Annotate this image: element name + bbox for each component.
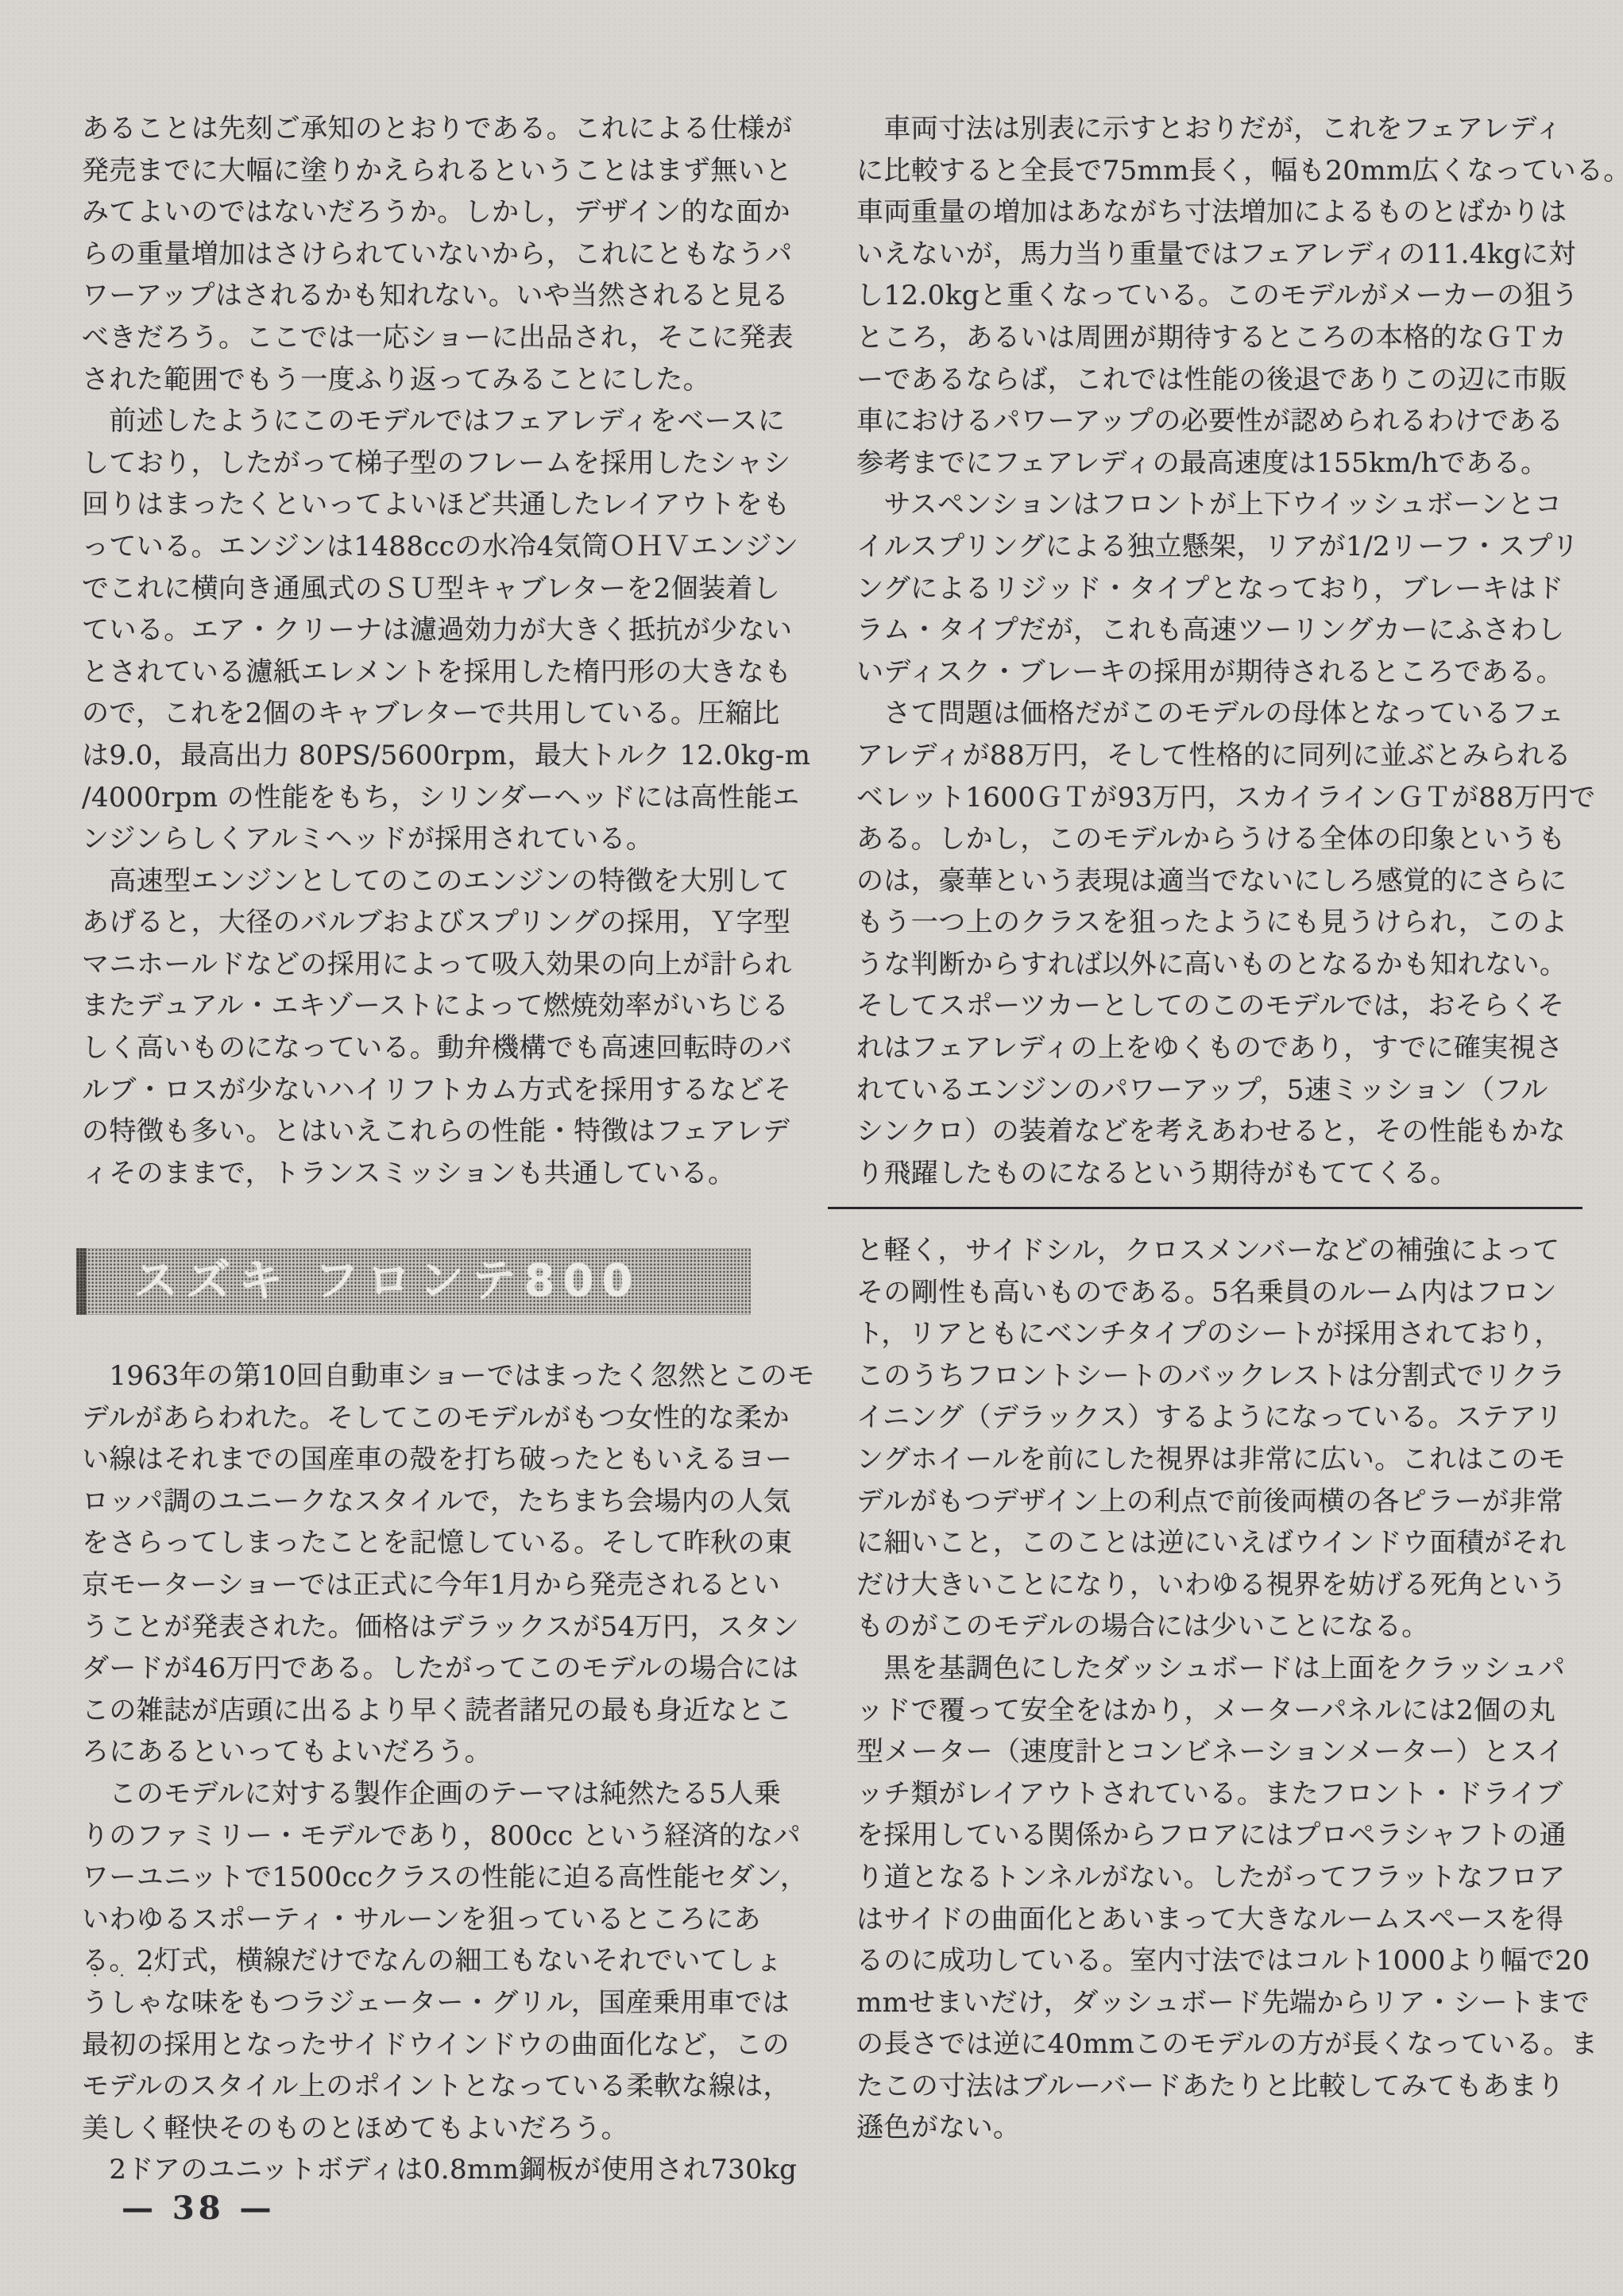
text-line: ラム・タイプだが，これも高速ツーリングカーにふさわし: [856, 609, 1623, 651]
text-line: りのファミリー・モデルであり，800cc という経済的なパ: [82, 1815, 815, 1857]
text-line: サスペンションはフロントが上下ウイッシュボーンとコ: [856, 484, 1623, 526]
text-line: ングホイールを前にした視界は非常に広い。これはこのモ: [856, 1439, 1598, 1481]
fronte-heading-bar: スズキ フロンテ800: [76, 1248, 751, 1315]
text-line: しており，したがって梯子型のフレームを採用したシャシ: [82, 443, 810, 485]
text-line: のは，豪華という表現は適当でないにしろ感覚的にさらに: [856, 860, 1623, 903]
text-line: ッチ類がレイアウトされている。またフロント・ドライブ: [856, 1773, 1598, 1815]
text-line: シンクロ）の装着などを考えあわせると，その性能もかな: [856, 1111, 1623, 1153]
text-line: そしてスポーツカーとしてのこのモデルでは，おそらくそ: [856, 985, 1623, 1027]
text-line: 車におけるパワーアップの必要性が認められるわけである: [856, 400, 1623, 443]
text-line: っている。エンジンは1488ccの水冷4気筒ＯＨＶエンジン: [82, 526, 810, 568]
article-divider-rule: [828, 1207, 1582, 1209]
text-line: ろにあるといってもよいだろう。: [82, 1731, 815, 1773]
text-line: うな判断からすれば以外に高いものとなるかも知れない。: [856, 944, 1623, 986]
text-line: たこの寸法はブルーバードあたりと比較してみてもあまり: [856, 2066, 1598, 2108]
text-line: はサイドの曲面化とあいまって大きなルームスペースを得: [856, 1899, 1598, 1941]
text-line: だけ大きいことになり，いわゆる視界を妨げる死角という: [856, 1564, 1598, 1606]
text-line: さて問題は価格だがこのモデルの母体となっているフェ: [856, 693, 1623, 735]
text-line: またデュアル・エキゾーストによって燃焼効率がいちじる: [82, 985, 810, 1027]
text-line: ロッパ調のユニークなスタイルで，たちまち会場内の人気: [82, 1481, 815, 1523]
text-line: 車両寸法は別表に示すとおりだが，これをフェアレディ: [856, 108, 1623, 150]
text-line: みてよいのではないだろうか。しかし，デザイン的な面か: [82, 191, 810, 234]
text-line: 高速型エンジンとしてのこのエンジンの特徴を大別して: [82, 860, 810, 903]
text-line: ている。エア・クリーナは濾過効力が大きく抵抗が少ない: [82, 609, 810, 651]
text-line: いわゆるスポーティ・サルーンを狙っているところにあ: [82, 1899, 815, 1941]
text-line: でこれに横向き通風式のＳＵ型キャブレターを2個装着し: [82, 568, 810, 610]
text-line: いディスク・ブレーキの採用が期待されるところである。: [856, 651, 1623, 694]
text-line: しく高いものになっている。動弁機構でも高速回転時のバ: [82, 1027, 810, 1069]
page-number: — 38 —: [122, 2190, 276, 2227]
text-line: らの重量増加はさけられていないから，これにともなうパ: [82, 234, 810, 276]
text-line: り道となるトンネルがない。したがってフラットなフロア: [856, 1857, 1598, 1899]
article-gt-right-column: 車両寸法は別表に示すとおりだが，これをフェアレディに比較すると全長で75mm長く…: [856, 108, 1623, 1194]
text-line: /4000rpm の性能をもち，シリンダーヘッドには高性能エ: [82, 777, 810, 819]
text-line: 型メーター（速度計とコンビネーションメーター）とスイ: [856, 1731, 1598, 1773]
text-line: ある。しかし，このモデルからうける全体の印象というも: [856, 818, 1623, 860]
text-line: イニング（デラックス）するようになっている。ステアリ: [856, 1397, 1598, 1439]
text-line: 美しく軽快そのものとほめてもよいだろう。: [82, 2108, 815, 2150]
text-line: の特徴も多い。とはいえこれらの性能・特徴はフェアレデ: [82, 1111, 810, 1153]
text-line: るのに成功している。室内寸法ではコルト1000より幅で20: [856, 1940, 1598, 1982]
text-line: うことが発表された。価格はデラックスが54万円，スタン: [82, 1606, 815, 1649]
text-line: 発売までに大幅に塗りかえられるということはまず無いと: [82, 150, 810, 192]
fronte-right-column: と軽く，サイドシル，クロスメンバーなどの補強によってその剛性も高いものである。5…: [856, 1230, 1598, 2149]
text-line: 1963年の第10回自動車ショーではまったく忽然とこのモ: [82, 1355, 815, 1397]
text-line: 遜色がない。: [856, 2107, 1598, 2149]
text-line: ベレット1600ＧＴが93万円，スカイラインＧＴが88万円で: [856, 777, 1623, 819]
text-line: の長さでは逆に40mmこのモデルの方が長くなっている。ま: [856, 2023, 1598, 2066]
text-line: デルがあらわれた。そしてこのモデルがもつ女性的な柔か: [82, 1397, 815, 1440]
magazine-page: { "page_footer": { "page_number": "— 38 …: [0, 0, 1623, 2296]
text-line: を採用している関係からフロアにはプロペラシャフトの通: [856, 1815, 1598, 1857]
text-line: うしゃな味をもつラジェーター・グリル，国産乗用車では: [82, 1982, 815, 2024]
text-line: に細いこと，このことは逆にいえばウインドウ面積がそれ: [856, 1522, 1598, 1564]
text-line: このうちフロントシートのバックレストは分割式でリクラ: [856, 1355, 1598, 1397]
text-line: ルブ・ロスが少ないハイリフトカム方式を採用するなどそ: [82, 1069, 810, 1111]
text-line: もう一つ上のクラスを狙ったようにも見うけられ，このよ: [856, 902, 1623, 944]
text-line: に比較すると全長で75mm長く，幅も20mm広くなっている。: [856, 150, 1623, 192]
text-line: あることは先刻ご承知のとおりである。これによる仕様が: [82, 108, 810, 150]
text-line: ところ，あるいは周囲が期待するところの本格的なＧＴカ: [856, 317, 1623, 359]
heading-bar-left-cap: [76, 1248, 87, 1315]
text-line: ィそのままで，トランスミッションも共通している。: [82, 1153, 810, 1195]
text-line: この雑誌が店頭に出るより早く読者諸兄の最も身近なとこ: [82, 1690, 815, 1732]
text-line: その剛性も高いものである。5名乗員のルーム内はフロン: [856, 1272, 1598, 1314]
text-line: ものがこのモデルの場合には少いことになる。: [856, 1606, 1598, 1648]
text-line: イルスプリングによる独立懸架，リアが1/2リーフ・スプリ: [856, 526, 1623, 568]
text-line: mmせまいだけ，ダッシュボード先端からリア・シートまで: [856, 1982, 1598, 2024]
text-line: し12.0kgと重くなっている。このモデルがメーカーの狙う: [856, 275, 1623, 317]
text-line: ッドで覆って安全をはかり，メーターパネルには2個の丸: [856, 1690, 1598, 1732]
text-line: 回りはまったくといってよいほど共通したレイアウトをも: [82, 484, 810, 526]
article-gt-left-column: あることは先刻ご承知のとおりである。これによる仕様が発売までに大幅に塗りかえられ…: [82, 108, 810, 1194]
text-line: い線はそれまでの国産車の殻を打ち破ったともいえるヨー: [82, 1439, 815, 1481]
text-line: いえないが，馬力当り重量ではフェアレディの11.4kgに対: [856, 234, 1623, 276]
text-line: をさらってしまったことを記憶している。そして昨秋の東: [82, 1522, 815, 1564]
text-line: は9.0，最高出力 80PS/5600rpm，最大トルク 12.0kg-m: [82, 735, 810, 777]
text-line: 参考までにフェアレディの最高速度は155km/hである。: [856, 443, 1623, 485]
text-line: ンジンらしくアルミヘッドが採用されている。: [82, 818, 810, 860]
text-line: このモデルに対する製作企画のテーマは純然たる5人乗: [82, 1773, 815, 1815]
text-line: 最初の採用となったサイドウインドウの曲面化など，この: [82, 2024, 815, 2066]
text-line: れはフェアレディの上をゆくものであり，すでに確実視さ: [856, 1027, 1623, 1069]
text-line: デルがもつデザイン上の利点で前後両横の各ピラーが非常: [856, 1481, 1598, 1523]
text-line: とされている濾紙エレメントを採用した楕円形の大きなも: [82, 651, 810, 694]
text-line: ダードが46万円である。したがってこのモデルの場合には: [82, 1648, 815, 1690]
text-line: された範囲でもう一度ふり返ってみることにした。: [82, 359, 810, 401]
text-line: り飛躍したものになるという期待がもててくる。: [856, 1153, 1623, 1195]
text-line: 2ドアのユニットボディは0.8mm鋼板が使用され730kg: [82, 2149, 815, 2191]
text-line: 京モーターショーでは正式に今年1月から発売されるとい: [82, 1564, 815, 1606]
text-line: アレディが88万円，そして性格的に同列に並ぶとみられる: [856, 735, 1623, 777]
text-line: ーであるならば，これでは性能の後退でありこの辺に市販: [856, 359, 1623, 401]
text-line: る。2灯式，横線だけでなんの細工もないそれでいてしょ: [82, 1940, 815, 1982]
text-line: れているエンジンのパワーアップ，5速ミッション（フル: [856, 1069, 1623, 1111]
fronte-article-title: スズキ フロンテ800: [133, 1248, 640, 1315]
text-line: べきだろう。ここでは一応ショーに出品され，そこに発表: [82, 317, 810, 359]
text-line: 車両重量の増加はあながち寸法増加によるものとばかりは: [856, 191, 1623, 234]
text-line: ングによるリジッド・タイプとなっており，ブレーキはド: [856, 568, 1623, 610]
text-line: 黒を基調色にしたダッシュボードは上面をクラッシュパ: [856, 1648, 1598, 1690]
text-line: ので，これを2個のキャブレターで共用している。圧縮比: [82, 693, 810, 735]
text-line: ト，リアともにベンチタイプのシートが採用されており，: [856, 1313, 1598, 1355]
text-line: あげると，大径のバルブおよびスプリングの採用，Ｙ字型: [82, 902, 810, 944]
text-line: マニホールドなどの採用によって吸入効果の向上が計られ: [82, 944, 810, 986]
text-line: モデルのスタイル上のポイントとなっている柔軟な線は，: [82, 2066, 815, 2108]
fronte-left-column: 1963年の第10回自動車ショーではまったく忽然とこのモデルがあらわれた。そして…: [82, 1355, 815, 2191]
emphasis-dots: ・・・: [89, 1967, 170, 1984]
text-line: ワーユニットで1500ccクラスの性能に迫る高性能セダン，: [82, 1857, 815, 1899]
text-line: と軽く，サイドシル，クロスメンバーなどの補強によって: [856, 1230, 1598, 1272]
text-line: ワーアップはされるかも知れない。いや当然されると見る: [82, 275, 810, 317]
text-line: 前述したようにこのモデルではフェアレディをベースに: [82, 400, 810, 443]
